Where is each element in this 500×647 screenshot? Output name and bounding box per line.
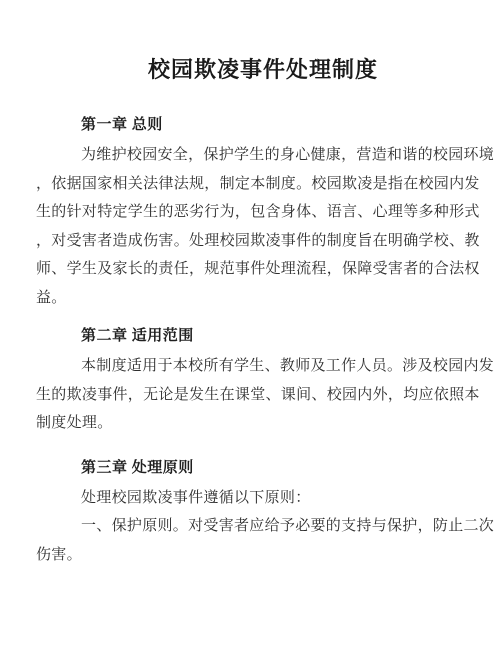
paragraph: 一、保护原则。对受害者应给予必要的支持与保护，防止二次伤害。 xyxy=(36,512,490,569)
text-line: 伤害。 xyxy=(36,541,490,570)
text-line: 益。 xyxy=(36,284,490,313)
text-line: ，依据国家相关法律法规，制定本制度。校园欺凌是指在校园内发 xyxy=(36,170,490,199)
text-line: 师、学生及家长的责任，规范事件处理流程，保障受害者的合法权 xyxy=(36,255,490,284)
paragraph: 为维护校园安全，保护学生的身心健康，营造和谐的校园环境，依据国家相关法律法规，制… xyxy=(36,141,490,312)
text-line: 一、保护原则。对受害者应给予必要的支持与保护，防止二次 xyxy=(36,512,490,541)
section-handling-principles: 第三章 处理原则 处理校园欺凌事件遵循以下原则： 一、保护原则。对受害者应给予必… xyxy=(36,460,490,570)
paragraph: 本制度适用于本校所有学生、教师及工作人员。涉及校园内发生的欺凌事件，无论是发生在… xyxy=(36,352,490,438)
document-page: 校园欺凌事件处理制度 第一章 总则 为维护校园安全，保护学生的身心健康，营造和谐… xyxy=(0,0,500,647)
text-line: 生的针对特定学生的恶劣行为，包含身体、语言、心理等多种形式 xyxy=(36,198,490,227)
document-title: 校园欺凌事件处理制度 xyxy=(36,0,490,84)
section-general-provisions: 第一章 总则 为维护校园安全，保护学生的身心健康，营造和谐的校园环境，依据国家相… xyxy=(36,117,490,312)
text-line: 为维护校园安全，保护学生的身心健康，营造和谐的校园环境 xyxy=(36,141,490,170)
text-line: 本制度适用于本校所有学生、教师及工作人员。涉及校园内发 xyxy=(36,352,490,381)
text-line: 处理校园欺凌事件遵循以下原则： xyxy=(36,484,490,513)
section-heading-handling-principles: 第三章 处理原则 xyxy=(81,460,490,477)
section-heading-general-provisions: 第一章 总则 xyxy=(81,117,490,134)
paragraph: 处理校园欺凌事件遵循以下原则： xyxy=(36,484,490,513)
text-line: 生的欺凌事件，无论是发生在课堂、课间、校园内外，均应依照本 xyxy=(36,381,490,410)
text-line: ，对受害者造成伤害。处理校园欺凌事件的制度旨在明确学校、教 xyxy=(36,227,490,256)
section-scope-of-application: 第二章 适用范围 本制度适用于本校所有学生、教师及工作人员。涉及校园内发生的欺凌… xyxy=(36,328,490,438)
text-line: 制度处理。 xyxy=(36,409,490,438)
section-heading-scope-of-application: 第二章 适用范围 xyxy=(81,328,490,345)
